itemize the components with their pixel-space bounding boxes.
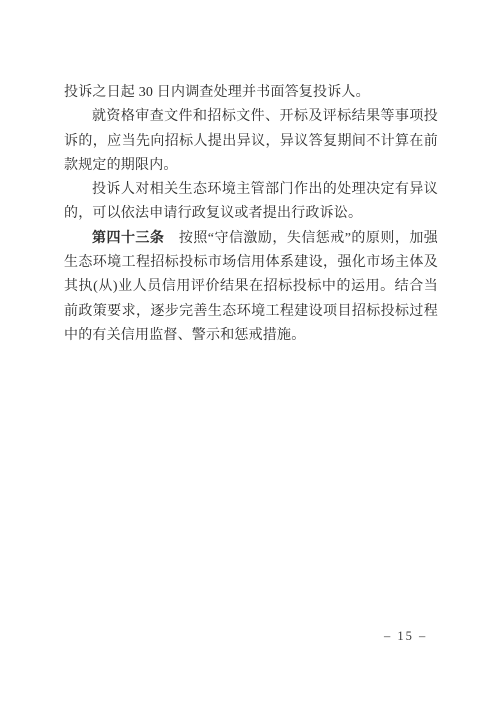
paragraph-complaint-objection: 就资格审查文件和招标文件、开标及评标结果等事项投诉的，应当先向招标人提出异议，异… bbox=[64, 105, 438, 178]
document-page: 投诉之日起 30 日内调查处理并书面答复投诉人。 就资格审查文件和招标文件、开标… bbox=[0, 0, 500, 707]
article-text: 按照“守信激励，失信惩戒”的原则，加强生态环境工程招标投标市场信用体系建设，强化… bbox=[64, 231, 438, 343]
paragraph-article-43: 第四十三条 按照“守信激励，失信惩戒”的原则，加强生态环境工程招标投标市场信用体… bbox=[64, 227, 438, 348]
paragraph-continuation: 投诉之日起 30 日内调查处理并书面答复投诉人。 bbox=[64, 81, 438, 105]
document-body: 投诉之日起 30 日内调查处理并书面答复投诉人。 就资格审查文件和招标文件、开标… bbox=[64, 81, 438, 348]
page-number: – 15 – bbox=[384, 629, 427, 644]
article-number: 第四十三条 bbox=[92, 231, 164, 246]
paragraph-administrative-review: 投诉人对相关生态环境主管部门作出的处理决定有异议的，可以依法申请行政复议或者提出… bbox=[64, 178, 438, 227]
